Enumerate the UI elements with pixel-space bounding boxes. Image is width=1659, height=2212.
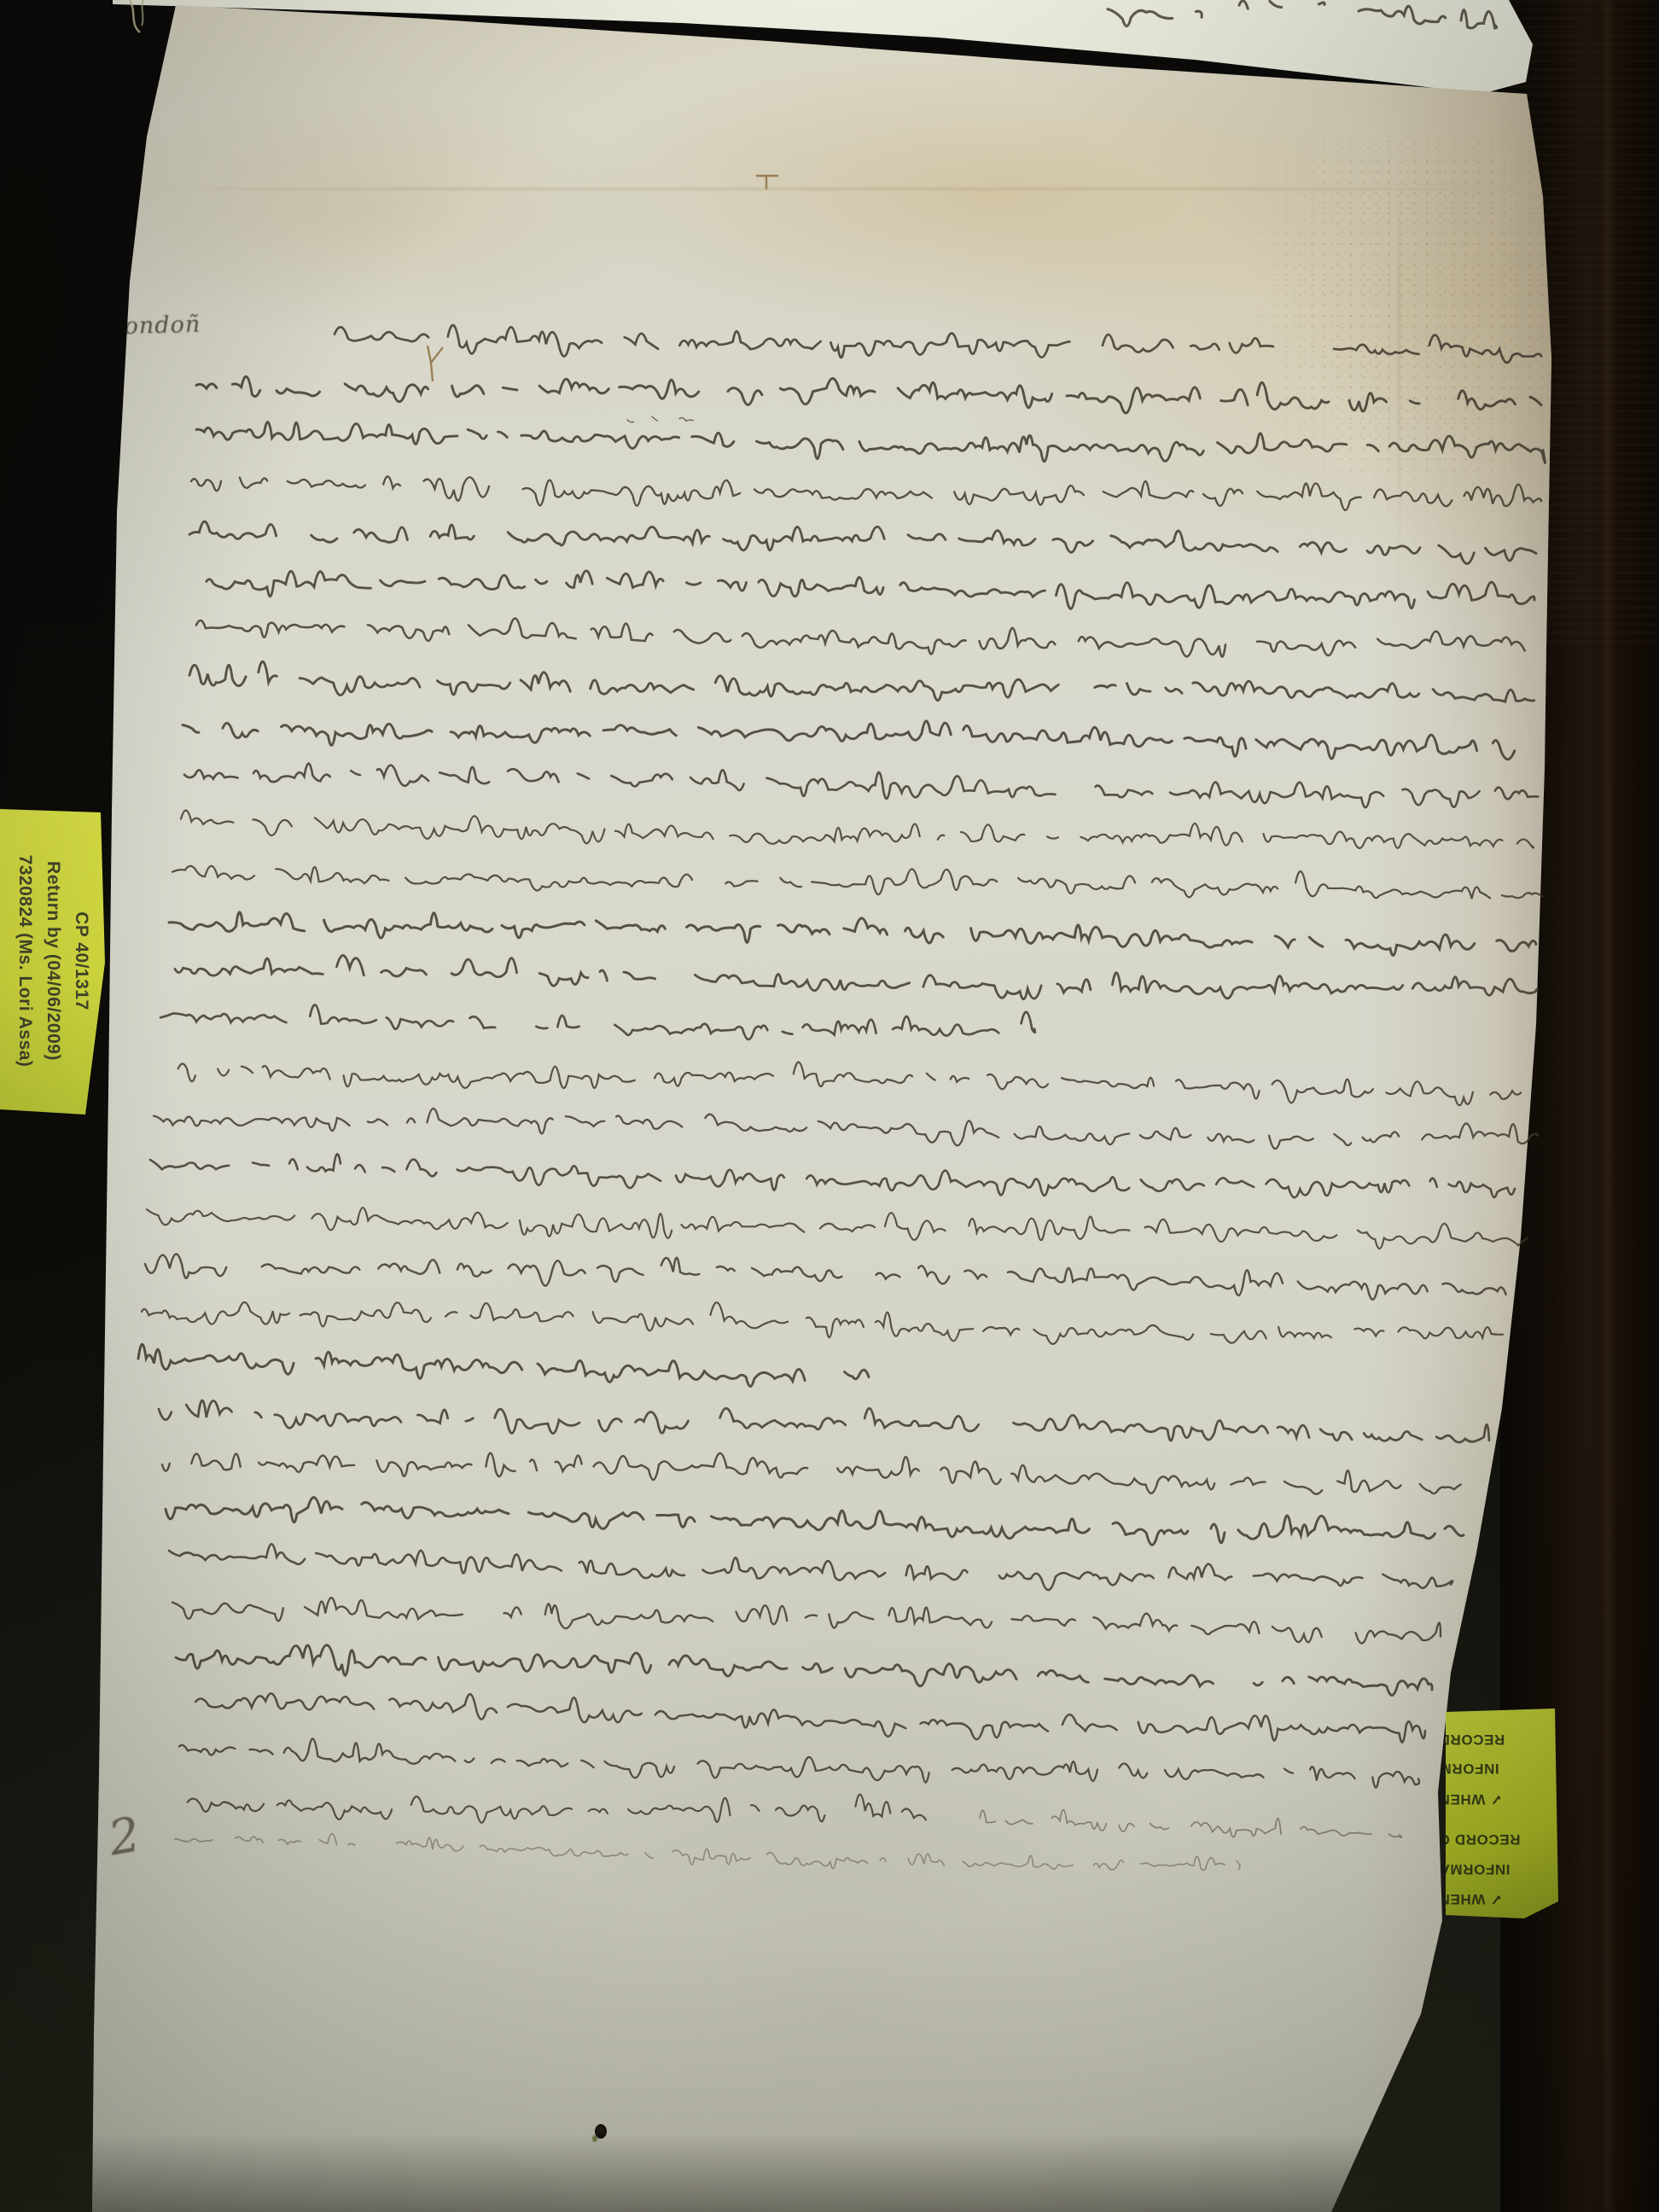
corner-note-fragment: ✓ WHEN [1444,1790,1503,1807]
thread-strokes [119,0,171,51]
archive-ref-class-number: CP 40/1317 [67,809,96,1113]
horizontal-crease [137,188,1536,190]
membrane-number-mark: 2 [105,1807,144,1866]
corner-note-fragment: INFORMA [1444,1860,1511,1877]
corner-sticky-note: RECORD INFORM ✓ WHEN RECORD C INFORMA ✓ … [1444,1708,1558,1918]
marginal-county-note: londoñ [116,311,201,341]
archive-ref-return-by: Return by (04/06/2009) [39,809,67,1113]
archive-reference-text: CP 40/1317 Return by (04/06/2009) 732082… [11,809,101,1113]
loose-thread [119,0,171,51]
bottom-shadow [0,2133,1659,2212]
archive-ref-order-number: 7320824 (Ms. Lori Assa) [11,809,39,1113]
corner-note-fragment: ✓ WHEN [1444,1890,1503,1907]
corner-note-fragment: RECORD [1444,1731,1505,1748]
parchment-membrane: londoñ 2 [0,0,1659,2212]
archive-reference-sticky-note: CP 40/1317 Return by (04/06/2009) 732082… [0,809,106,1116]
cover-ridge-highlight [1601,0,1615,2212]
corner-note-fragment: INFORM [1444,1760,1499,1777]
plea-roll-photograph: londoñ 2 CP 40/1317 Return by (04/06/200… [0,0,1659,2212]
corner-note-fragment: RECORD C [1444,1831,1520,1848]
wormhole-fleck [592,2135,597,2142]
